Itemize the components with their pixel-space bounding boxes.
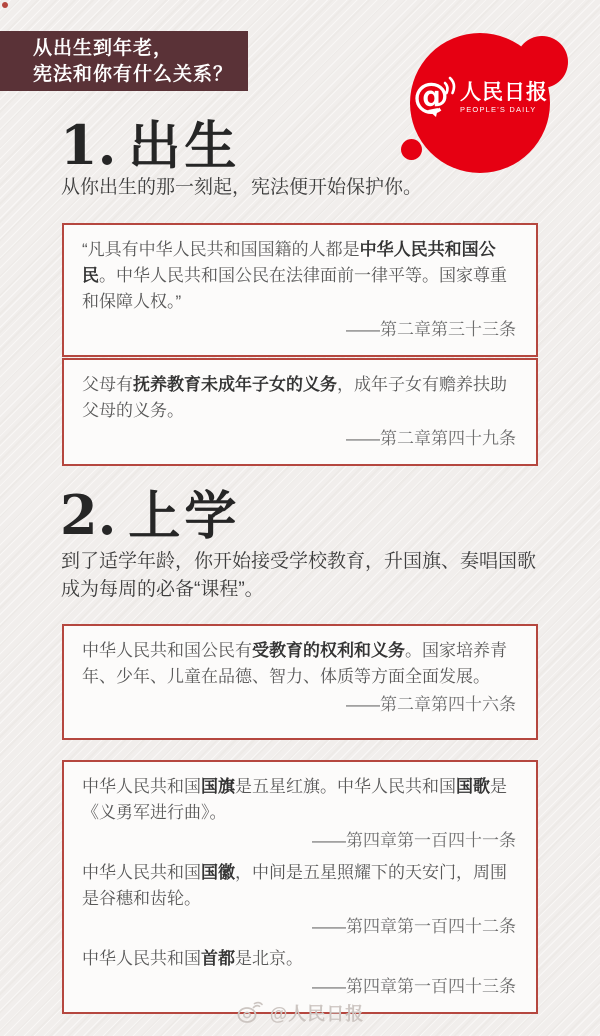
logo-dot	[401, 139, 422, 160]
logo-name-en: PEOPLE'S DAILY	[460, 106, 548, 114]
quote-attribution: ——第四章第一百四十一条	[82, 828, 516, 854]
quote-attribution: ——第二章第四十九条	[82, 426, 516, 452]
section-1-number: 1.	[60, 113, 116, 177]
quote-box-3: 中华人民共和国公民有受教育的权利和义务。国家培养青年、少年、儿童在品德、智力、体…	[62, 624, 538, 740]
section-1-subtitle: 从你出生的那一刻起，宪法便开始保护你。	[61, 174, 545, 202]
quote-text: 父母有抚养教育未成年子女的义务，成年子女有赡养扶助父母的义务。	[82, 372, 522, 424]
quote-box-4: 中华人民共和国国旗是五星红旗。中华人民共和国国歌是《义勇军进行曲》。——第四章第…	[62, 760, 538, 1014]
peoples-daily-logo: @ 人民日报 PEOPLE'S DAILY	[410, 33, 550, 173]
quote-attribution: ——第二章第四十六条	[82, 692, 516, 718]
at-megaphone-icon: @	[412, 71, 458, 126]
corner-dot-decoration	[2, 2, 8, 8]
section-1-title: 出生	[128, 118, 240, 176]
section-2-number: 2.	[60, 483, 116, 547]
banner-line2: 宪法和你有什么关系？	[33, 62, 248, 88]
footer-watermark-text: @人民日报	[270, 1000, 365, 1026]
quote-attribution: ——第四章第一百四十二条	[82, 914, 516, 940]
logo-name-cn: 人民日报	[460, 82, 548, 103]
quote-text: 中华人民共和国国徽，中间是五星照耀下的天安门，周围是谷穗和齿轮。	[82, 860, 522, 912]
quote-text: “凡具有中华人民共和国国籍的人都是中华人民共和国公民。中华人民共和国公民在法律面…	[82, 237, 522, 315]
quote-box-2: 父母有抚养教育未成年子女的义务，成年子女有赡养扶助父母的义务。——第二章第四十九…	[62, 358, 538, 466]
section-2-heading: 2.上学	[60, 488, 240, 557]
section-2-subtitle: 到了适学年龄，你开始接受学校教育，升国旗、奏唱国歌成为每周的必备“课程”。	[61, 548, 545, 604]
header-banner: 从出生到年老， 宪法和你有什么关系？	[0, 31, 248, 91]
quote-attribution: ——第二章第三十三条	[82, 317, 516, 343]
quote-attribution: ——第四章第一百四十三条	[82, 974, 516, 1000]
poster-page: 从出生到年老， 宪法和你有什么关系？ @ 人民日报 PEOPLE'S DAILY…	[0, 0, 600, 1036]
footer-watermark: @人民日报	[0, 1000, 600, 1026]
logo-inner: @ 人民日报 PEOPLE'S DAILY	[412, 71, 548, 126]
quote-box-1: “凡具有中华人民共和国国籍的人都是中华人民共和国公民。中华人民共和国公民在法律面…	[62, 223, 538, 357]
quote-text: 中华人民共和国公民有受教育的权利和义务。国家培养青年、少年、儿童在品德、智力、体…	[82, 638, 522, 690]
quote-text: 中华人民共和国首都是北京。	[82, 946, 522, 972]
weibo-icon	[236, 1001, 264, 1025]
logo-names: 人民日报 PEOPLE'S DAILY	[460, 82, 548, 114]
section-2-title: 上学	[128, 488, 240, 546]
banner-line1: 从出生到年老，	[33, 36, 248, 62]
quote-text: 中华人民共和国国旗是五星红旗。中华人民共和国国歌是《义勇军进行曲》。	[82, 774, 522, 826]
